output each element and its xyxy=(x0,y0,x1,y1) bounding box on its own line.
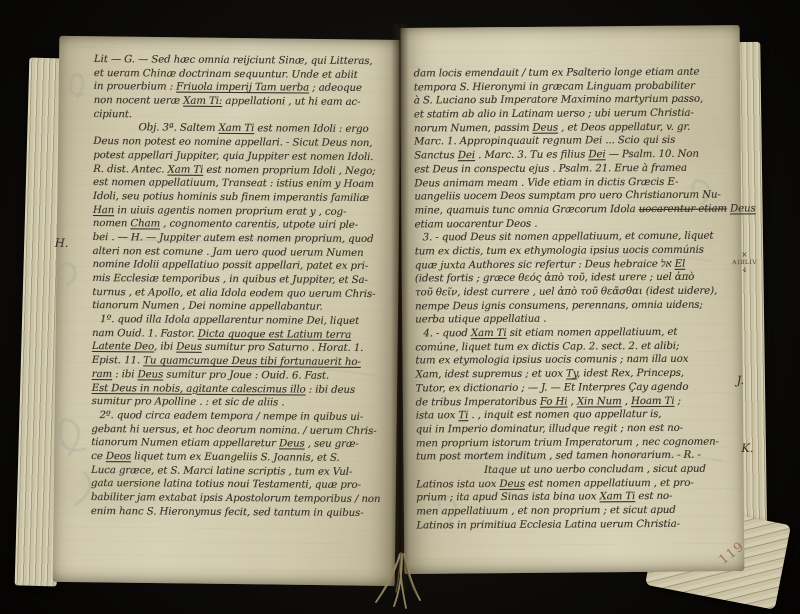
binding-threads xyxy=(366,552,438,612)
text-line: Latinos in primitiua Ecclesia Latina uer… xyxy=(416,517,740,533)
text-line: Itaque ut uno uerbo concludam , sicut ap… xyxy=(416,462,740,478)
margin-note-j: J. xyxy=(737,373,744,387)
text-line: ram : ibi Deus sumitur pro Joue : Ouid. … xyxy=(92,368,394,384)
text-line: enim hanc S. Hieronymus fecit, sed tantu… xyxy=(91,505,393,521)
text-line: Latinos ista uox Deus est nomen appellat… xyxy=(416,476,740,492)
text-line: Idoli, seu potius hominis sub finem impe… xyxy=(93,190,395,206)
text-line: potest appellari Juppiter, quia Juppiter… xyxy=(93,149,395,165)
text-line: tum ex dictis, tum ex ethymologia ipsius… xyxy=(415,243,739,259)
left-page-text: Lit — G. — Sed hæc omnia reijciunt Sinæ,… xyxy=(91,53,396,520)
text-line: 2º. quod circa eadem tempora / nempe in … xyxy=(91,409,393,425)
margin-mark-aibliv: AIBLIV xyxy=(728,259,762,267)
left-page: Lit — G. — Sed hæc omnia reijciunt Sinæ,… xyxy=(53,36,402,586)
right-page-text: dam locis emendauit / tum ex Psalterio l… xyxy=(414,65,741,532)
margin-note-h: H. xyxy=(55,236,69,250)
margin-mark-stack: × AIBLIV 4 xyxy=(728,251,762,275)
text-line: non nocent ueræ Xam Ti: appellationi , u… xyxy=(94,94,396,110)
text-line: nempe Deus ignis consumens, perennans, o… xyxy=(415,298,739,314)
text-line: norum Numen, passim Deus , et Deos appel… xyxy=(414,120,738,136)
text-line: Sanctus Dei . Marc. 3. Tu es filius Dei … xyxy=(414,148,738,164)
right-page: dam locis emendauit / tum ex Psalterio l… xyxy=(400,25,745,574)
margin-mark-4: 4 xyxy=(728,267,762,275)
margin-note-k: K. xyxy=(741,441,753,455)
manuscript-photo: Lit — G. — Sed hæc omnia reijciunt Sinæ,… xyxy=(0,0,800,614)
text-line: mine, quamuis tunc omnia Græcorum Idola … xyxy=(414,202,738,218)
